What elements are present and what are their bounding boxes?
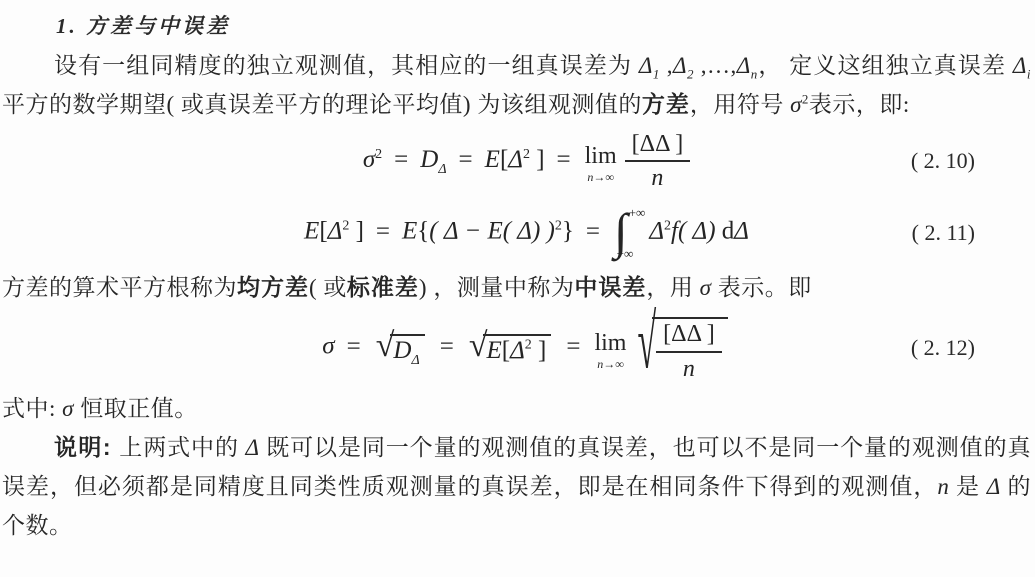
math-subscript: Δ (411, 353, 419, 368)
equals-sign: = (428, 333, 466, 360)
math-E: E (304, 218, 319, 245)
text-run: 设有一组同精度的独立观测值，其相应的一组真误差为 (54, 53, 639, 78)
equation-number-2-12: ( 2. 12) (911, 335, 975, 361)
differential-d: d (716, 218, 735, 245)
math-sigma: σ (322, 333, 334, 360)
math-subscript: i (1027, 67, 1031, 82)
bold-term-note-label: 说明: (54, 434, 119, 460)
textbook-page: 1. 方差与中误差 设有一组同精度的独立观测值，其相应的一组真误差为 Δ1 ,Δ… (0, 0, 1035, 577)
expression-delta-minus-expectation: ( Δ − E( Δ) ) (429, 218, 555, 245)
radicand-expectation: E[Δ2 ] (483, 334, 551, 365)
equation-2-10-content: σ2=DΔ=E[Δ2 ]=limn→∞[ΔΔ ]n (363, 131, 690, 192)
math-sigma: σ (62, 396, 74, 421)
math-E: E (486, 337, 501, 364)
right-bracket: ] (349, 218, 364, 245)
text-run: 恒取正值。 (74, 396, 198, 421)
math-D: D (393, 337, 411, 364)
left-bracket: [ (319, 218, 327, 245)
left-bracket: [ (502, 337, 510, 364)
math-subscript: n (751, 67, 758, 82)
fraction-delta-sum: [ΔΔ ]n (625, 131, 691, 192)
text-run: 平方的数学期望( 或真误差平方的理论平均值) 为该组观测值的 (2, 92, 642, 117)
square-root-of-fraction: √[ΔΔ ]n (637, 314, 727, 382)
equals-sign: = (382, 146, 420, 173)
sigma-positive-note: 式中: σ 恒取正值。 (2, 389, 1031, 428)
radicand-variance: DΔ (390, 334, 424, 365)
text-run: ,…, (694, 53, 737, 78)
lim-subscript: n→∞ (597, 358, 624, 370)
math-delta: Δ (734, 218, 749, 245)
math-E: E (485, 146, 500, 173)
equals-sign: = (364, 218, 402, 245)
text-run: , (660, 53, 673, 78)
text-run: ， 定义这组独立真误差 (758, 53, 1013, 78)
integral-operator: ∫+∞−∞ (614, 206, 645, 260)
paragraph-standard-deviation: 方差的算术平方根称为均方差( 或标准差) ，测量中称为中误差，用 σ 表示。即 (2, 268, 1031, 307)
math-superscript: 2 (802, 91, 809, 106)
math-delta: Δ (510, 337, 525, 364)
math-sigma: σ (363, 146, 375, 173)
math-sigma: σ (790, 92, 802, 117)
math-sigma: σ (700, 275, 712, 300)
math-delta: Δ (1013, 53, 1027, 78)
equals-sign: = (554, 333, 592, 360)
math-delta: Δ (508, 146, 523, 173)
square-root: √E[Δ2 ] (469, 331, 552, 365)
fraction-delta-sum: [ΔΔ ]n (656, 321, 722, 382)
text-run: ，用 (646, 275, 699, 300)
equals-sign: = (545, 146, 583, 173)
math-E: E (402, 218, 417, 245)
lim-text: lim (594, 331, 626, 355)
integral-limits: +∞−∞ (628, 206, 646, 260)
math-delta: Δ (328, 218, 343, 245)
math-n: n (937, 474, 949, 499)
math-delta: Δ (649, 218, 664, 245)
equals-sign: = (574, 218, 612, 245)
math-subscript: 1 (653, 67, 660, 82)
text-run: 是 (949, 474, 986, 499)
equation-2-10: σ2=DΔ=E[Δ2 ]=limn→∞[ΔΔ ]n ( 2. 10) (2, 124, 1031, 198)
left-brace: { (417, 218, 429, 245)
right-brace: } (562, 218, 574, 245)
text-run: 表示。即 (711, 275, 811, 300)
note-paragraph: 说明: 上两式中的 Δ 既可以是同一个量的观测值的真误差，也可以不是同一个量的观… (2, 428, 1031, 545)
fraction-denominator: n (651, 162, 663, 191)
math-delta: Δ (639, 53, 653, 78)
math-superscript: 2 (664, 218, 671, 233)
paragraph-variance-definition: 设有一组同精度的独立观测值，其相应的一组真误差为 Δ1 ,Δ2 ,…,Δn， 定… (2, 46, 1031, 124)
square-root: √DΔ (376, 331, 425, 365)
math-subscript: 2 (687, 67, 694, 82)
bold-term-medium-error: 中误差 (574, 274, 646, 300)
math-subscript: Δ (438, 162, 446, 177)
fraction-denominator: n (683, 353, 695, 382)
limit-operator: limn→∞ (594, 331, 626, 370)
bold-term-variance: 方差 (642, 91, 690, 117)
integral-upper-limit: +∞ (629, 206, 646, 219)
fraction-numerator: [ΔΔ ] (625, 131, 691, 162)
lim-text: lim (585, 144, 617, 168)
math-delta: Δ (673, 53, 687, 78)
math-density-function: f( Δ) (671, 218, 716, 245)
section-heading: 1. 方差与中误差 (2, 10, 1031, 40)
right-bracket: ] (532, 337, 547, 364)
text-run: 上两式中的 (119, 435, 245, 460)
equation-number-2-10: ( 2. 10) (911, 148, 975, 174)
fraction-numerator: [ΔΔ ] (656, 321, 722, 352)
text-run: 式中: (2, 396, 62, 421)
integral-sign: ∫ (614, 210, 628, 253)
math-delta: Δ (987, 474, 1001, 499)
equals-sign: = (335, 333, 373, 360)
bold-term-mean-square-error: 均方差 (237, 274, 309, 300)
equals-sign: = (447, 146, 485, 173)
text-run: ( 或 (309, 275, 347, 300)
equation-number-2-11: ( 2. 11) (912, 220, 975, 246)
math-delta: Δ (737, 53, 751, 78)
radicand-fraction: [ΔΔ ]n (652, 317, 728, 382)
equation-2-12-content: σ=√DΔ=√E[Δ2 ]=limn→∞√[ΔΔ ]n (322, 314, 730, 382)
equation-2-11: E[Δ2 ]=E{( Δ − E( Δ) )2}=∫+∞−∞Δ2f( Δ) dΔ… (2, 198, 1031, 268)
equation-2-11-content: E[Δ2 ]=E{( Δ − E( Δ) )2}=∫+∞−∞Δ2f( Δ) dΔ (304, 206, 749, 260)
math-delta: Δ (246, 435, 260, 460)
math-superscript: 2 (555, 218, 562, 233)
limit-operator: limn→∞ (585, 144, 617, 183)
text-run: ) ，测量中称为 (419, 275, 574, 300)
text-run: ，用符号 (690, 92, 790, 117)
math-D: D (420, 146, 438, 173)
lim-subscript: n→∞ (587, 171, 614, 183)
text-run: 表示，即: (809, 92, 910, 117)
radical-sign: √ (637, 311, 656, 379)
equation-2-12: σ=√DΔ=√E[Δ2 ]=limn→∞√[ΔΔ ]n ( 2. 12) (2, 307, 1031, 389)
bold-term-standard-deviation: 标准差 (347, 274, 419, 300)
text-run: 方差的算术平方根称为 (2, 275, 237, 300)
right-bracket: ] (530, 146, 545, 173)
